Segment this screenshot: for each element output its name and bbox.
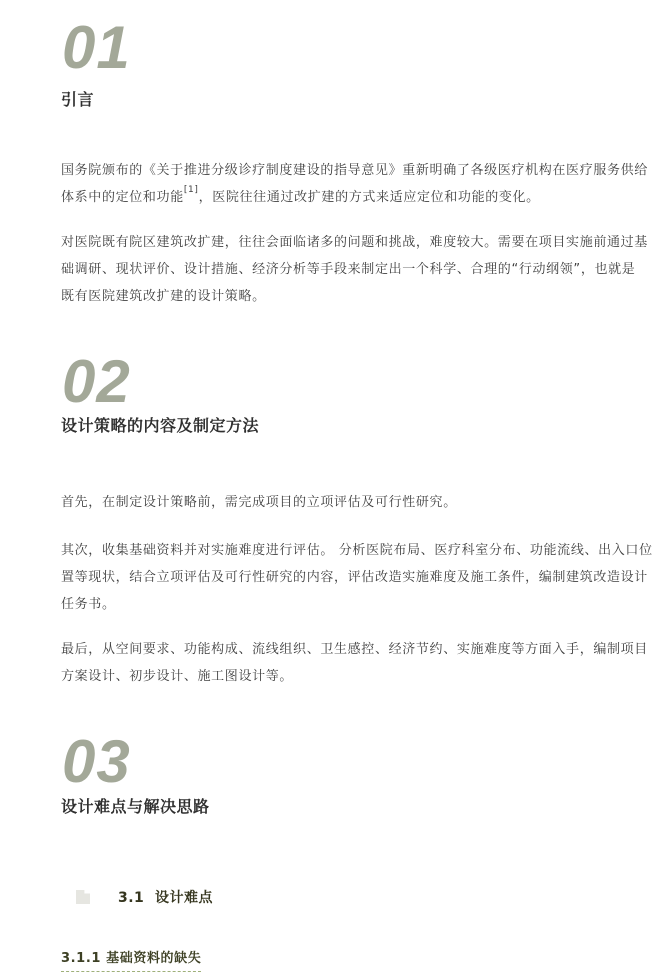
document-icon — [76, 890, 90, 904]
paragraph-line: 体系中的定位和功能[1]，医院往往通过改扩建的方式来适应定位和功能的变化。 — [61, 184, 651, 211]
paragraph-line: 任务书。 — [61, 591, 651, 618]
paragraph-5: 最后，从空间要求、功能构成、流线组织、卫生感控、经济节约、实施难度等方面入手，编… — [61, 636, 651, 690]
paragraph-line: 方案设计、初步设计、施工图设计等。 — [61, 663, 651, 690]
paragraph-3: 首先，在制定设计策略前，需完成项目的立项评估及可行性研究。 — [61, 489, 651, 516]
paragraph-line: 其次，收集基础资料并对实施难度进行评估。 分析医院布局、医疗科室分布、功能流线、… — [61, 537, 651, 564]
paragraph-line: 最后，从空间要求、功能构成、流线组织、卫生感控、经济节约、实施难度等方面入手，编… — [61, 636, 651, 663]
section-number-01: 01 — [62, 18, 131, 78]
paragraph-line: 既有医院建筑改扩建的设计策略。 — [61, 283, 651, 310]
section-number-03: 03 — [62, 732, 131, 792]
paragraph-line: 国务院颁布的《关于推进分级诊疗制度建设的指导意见》重新明确了各级医疗机构在医疗服… — [61, 157, 651, 184]
paragraph-line: 首先，在制定设计策略前，需完成项目的立项评估及可行性研究。 — [61, 489, 651, 516]
section-title-introduction: 引言 — [61, 90, 94, 110]
subheading-label: 3.1 设计难点 — [118, 887, 213, 907]
subsubheading-3-1-1: 3.1.1 基础资料的缺失 — [61, 950, 201, 972]
paragraph-line: 置等现状，结合立项评估及可行性研究的内容，评估改造实施难度及施工条件，编制建筑改… — [61, 564, 651, 591]
citation-reference[interactable]: [1] — [184, 185, 199, 195]
paragraph-line: 对医院既有院区建筑改扩建，往往会面临诸多的问题和挑战，难度较大。需要在项目实施前… — [61, 229, 651, 256]
paragraph-4: 其次，收集基础资料并对实施难度进行评估。 分析医院布局、医疗科室分布、功能流线、… — [61, 537, 651, 618]
subheading-3-1: 3.1 设计难点 — [76, 887, 213, 907]
paragraph-2: 对医院既有院区建筑改扩建，往往会面临诸多的问题和挑战，难度较大。需要在项目实施前… — [61, 229, 651, 310]
paragraph-1: 国务院颁布的《关于推进分级诊疗制度建设的指导意见》重新明确了各级医疗机构在医疗服… — [61, 157, 651, 211]
section-number-02: 02 — [62, 352, 131, 412]
text-segment: ，医院往往通过改扩建的方式来适应定位和功能的变化。 — [199, 190, 540, 205]
text-segment: 体系中的定位和功能 — [61, 190, 184, 205]
section-title-difficulties: 设计难点与解决思路 — [61, 797, 210, 817]
section-title-strategy: 设计策略的内容及制定方法 — [61, 416, 259, 436]
paragraph-line: 础调研、现状评价、设计措施、经济分析等手段来制定出一个科学、合理的“行动纲领”，… — [61, 256, 651, 283]
